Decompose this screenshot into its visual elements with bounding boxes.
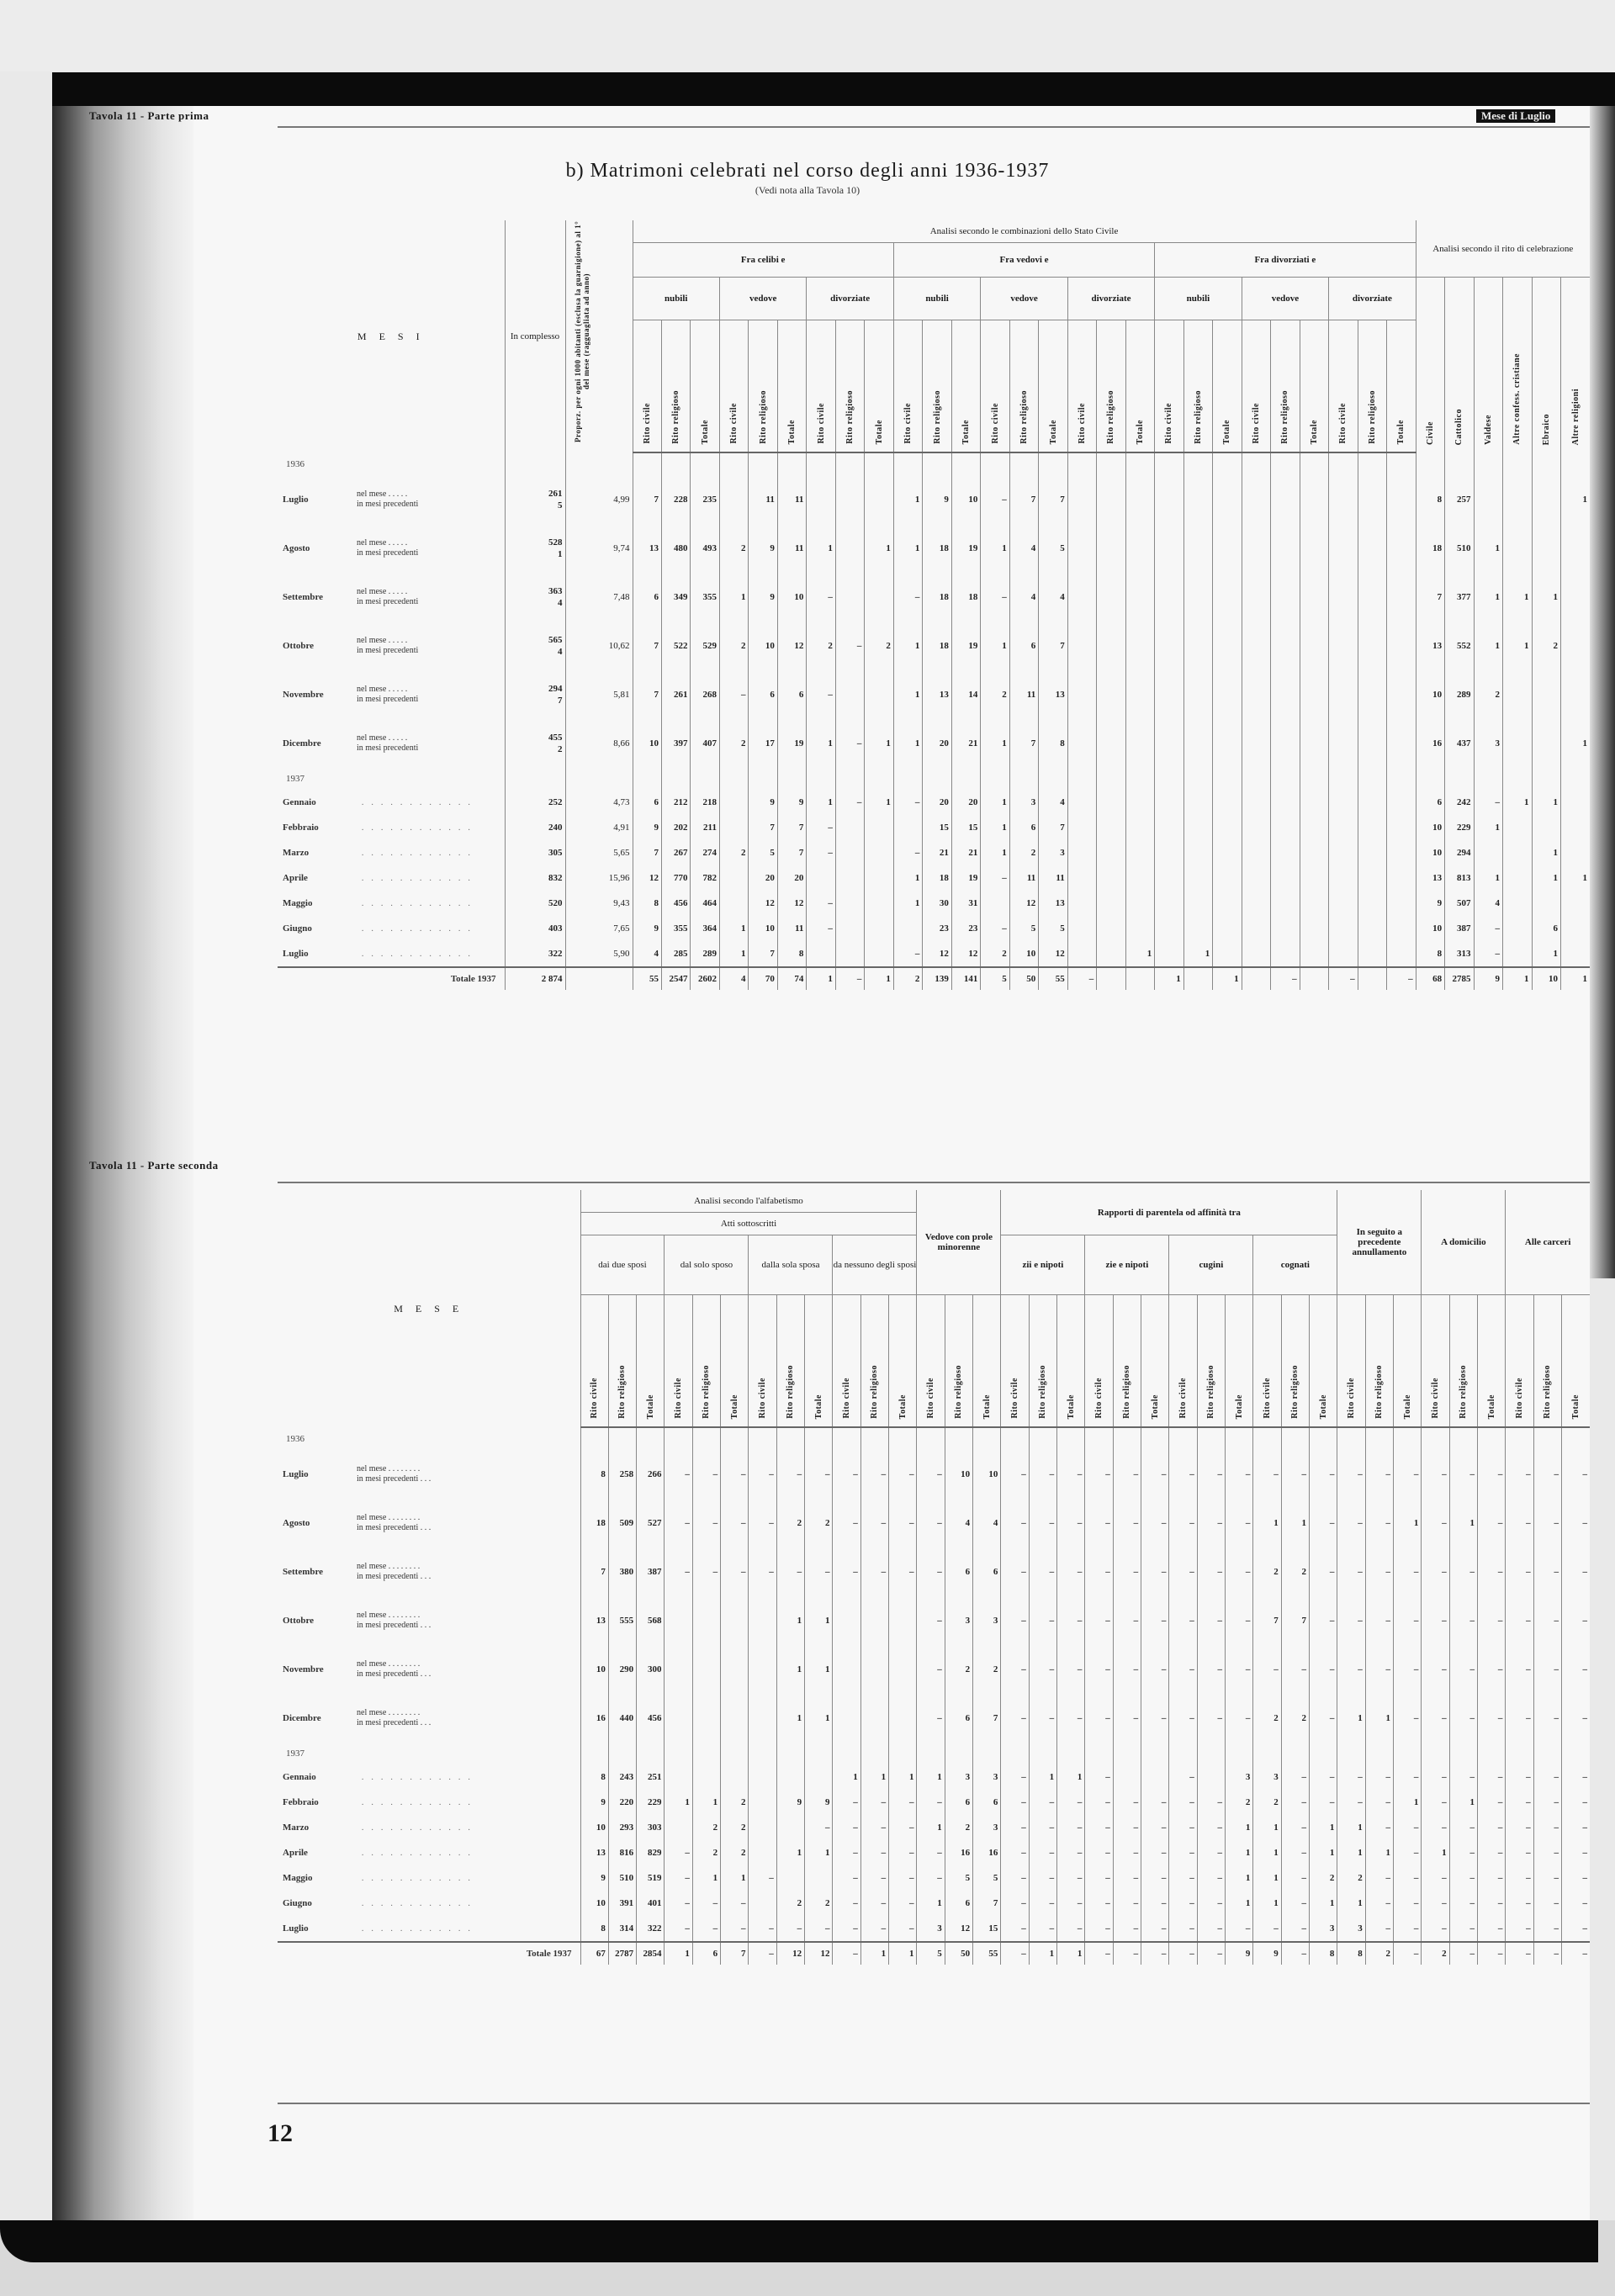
cell: – xyxy=(1085,1916,1113,1942)
cell-in-complesso: 322 xyxy=(505,941,565,967)
cell xyxy=(1387,475,1416,524)
col-header-rito-civile: Rito civile xyxy=(633,320,661,453)
cell: 9 xyxy=(923,475,951,524)
cell: – xyxy=(1478,1790,1506,1815)
col-header-totale: Totale xyxy=(691,320,719,453)
cell: 6 xyxy=(945,1891,972,1916)
cell xyxy=(1213,622,1242,670)
col-header-rito-civile-text: Rito civile xyxy=(842,1378,851,1419)
cell: 5 xyxy=(749,840,777,865)
col-header-rito-civile-text: Rito civile xyxy=(1178,1378,1188,1419)
table-row: Aprile . . . . . . . . . . . .83215,9612… xyxy=(278,865,1590,891)
cell: 15 xyxy=(923,815,951,840)
title-block: b) Matrimoni celebrati nel corso degli a… xyxy=(0,160,1615,197)
cell: 3 xyxy=(1474,719,1502,768)
col-header-rito-civile: Rito civile xyxy=(833,1295,860,1428)
cell: 2 xyxy=(945,1815,972,1840)
col-header-rito-religioso: Rito religioso xyxy=(1449,1295,1477,1428)
cell: 21 xyxy=(951,719,980,768)
cell: – xyxy=(1197,1942,1225,1965)
cell xyxy=(1213,916,1242,941)
cell: 510 xyxy=(1445,524,1474,573)
month-label: Ottobrenel mese . . . . . . . .in mesi p… xyxy=(278,1596,580,1645)
cell xyxy=(1242,916,1270,941)
cell: – xyxy=(981,573,1009,622)
group-header-annullamento: In seguito a precedente annullamento xyxy=(1337,1190,1422,1295)
col-header-totale-text: Totale xyxy=(646,1394,655,1419)
cell xyxy=(692,1645,720,1694)
cell: – xyxy=(807,891,835,916)
cell: 10 xyxy=(1532,967,1560,990)
cell xyxy=(1503,865,1532,891)
cell xyxy=(1067,790,1096,815)
cell: – xyxy=(1533,1450,1561,1499)
cell: – xyxy=(1141,1815,1169,1840)
cell: 1 xyxy=(1337,1815,1365,1840)
cell: – xyxy=(1085,1450,1113,1499)
sublabel-mesi-precedenti: in mesi precedenti xyxy=(357,695,418,704)
cell: – xyxy=(860,1499,888,1547)
cell: – xyxy=(1141,1645,1169,1694)
cell xyxy=(1067,524,1096,573)
cell: 1 xyxy=(981,790,1009,815)
cell: 355 xyxy=(661,916,690,941)
cell: – xyxy=(1169,1790,1197,1815)
cell: – xyxy=(1365,1450,1393,1499)
cell: – xyxy=(981,475,1009,524)
cell: – xyxy=(1394,1942,1422,1965)
col-header-totale-text: Totale xyxy=(1235,1394,1244,1419)
cell: – xyxy=(1085,1840,1113,1865)
cell: – xyxy=(1281,1891,1309,1916)
col-header-totale-text: Totale xyxy=(730,1394,739,1419)
cell xyxy=(1097,891,1125,916)
subgroup-header-nubili: nubili xyxy=(893,278,980,320)
col-header-rito-religioso: Rito religioso xyxy=(1358,320,1386,453)
cell xyxy=(1561,891,1591,916)
table-row: Aprile . . . . . . . . . . . .13816829–2… xyxy=(278,1840,1590,1865)
col-header-rito-religioso: Rito religioso xyxy=(1113,1295,1141,1428)
cell: 2 xyxy=(692,1840,720,1865)
cell: 12 xyxy=(1039,941,1067,967)
cell: 8 xyxy=(633,891,661,916)
cell: – xyxy=(665,1891,692,1916)
month-label: Marzo . . . . . . . . . . . . xyxy=(278,840,505,865)
cell: – xyxy=(776,1547,804,1596)
cell xyxy=(1125,524,1154,573)
cell: 1 xyxy=(893,475,922,524)
cell: 782 xyxy=(691,865,719,891)
col-header-rito-civile-text: Rito civile xyxy=(729,403,739,444)
cell xyxy=(1125,670,1154,719)
cell: 14 xyxy=(951,670,980,719)
cell: 1 xyxy=(865,719,893,768)
cell: – xyxy=(1561,1815,1590,1840)
cell: 1 xyxy=(1503,967,1532,990)
cell: 9 xyxy=(633,916,661,941)
cell xyxy=(1141,1764,1169,1790)
cell: – xyxy=(1057,1547,1085,1596)
cell xyxy=(1358,622,1386,670)
col-header-rito-civile-text: Rito civile xyxy=(1347,1378,1356,1419)
cell xyxy=(1155,840,1183,865)
cell: – xyxy=(1561,1596,1590,1645)
group-header-carceri: Alle carceri xyxy=(1506,1190,1590,1295)
cell: 289 xyxy=(1445,670,1474,719)
cell: 437 xyxy=(1445,719,1474,768)
cell: – xyxy=(1474,790,1502,815)
col-header-rito-5: Altre religioni xyxy=(1561,278,1591,453)
col-header-totale: Totale xyxy=(1226,1295,1253,1428)
cell: 1 xyxy=(981,524,1009,573)
year-label: 1936 xyxy=(278,1427,580,1450)
cell: – xyxy=(807,573,835,622)
cell: 1 xyxy=(1394,1790,1422,1815)
cell: – xyxy=(1449,1596,1477,1645)
cell: 50 xyxy=(945,1942,972,1965)
cell: – xyxy=(1029,1790,1056,1815)
cell: 1 xyxy=(1125,941,1154,967)
sublabel-mesi-precedenti: in mesi precedenti . . . xyxy=(357,1572,431,1581)
leader-dots: . . . . . . . . . . . . xyxy=(357,949,473,959)
month-name: Marzo xyxy=(283,1823,357,1833)
table-row: Marzo . . . . . . . . . . . .1029330322–… xyxy=(278,1815,1590,1840)
cell xyxy=(1561,573,1591,622)
cell: 1 xyxy=(1474,524,1502,573)
cell: – xyxy=(805,1815,833,1840)
cell xyxy=(1183,573,1212,622)
cell: 555 xyxy=(608,1596,636,1645)
cell xyxy=(1387,865,1416,891)
cell-proporzione: 5,81 xyxy=(565,670,633,719)
cell: 2 xyxy=(692,1815,720,1840)
cell xyxy=(1067,941,1096,967)
header-rule xyxy=(278,126,1590,128)
cell: 1 xyxy=(776,1694,804,1743)
month-name: Luglio xyxy=(283,1923,357,1934)
cell: 1 xyxy=(1310,1840,1337,1865)
col-header-rito-religioso-text: Rito religioso xyxy=(1290,1365,1300,1419)
cell: 18 xyxy=(923,524,951,573)
col-header-totale: Totale xyxy=(637,1295,665,1428)
cell: 5 xyxy=(981,967,1009,990)
cell: 6 xyxy=(973,1547,1001,1596)
cell: – xyxy=(1141,1499,1169,1547)
cell: – xyxy=(1365,1790,1393,1815)
cell: – xyxy=(1281,1645,1309,1694)
cell: – xyxy=(835,622,864,670)
cell: 1 xyxy=(889,1942,917,1965)
cell-in-complesso: 2 874 xyxy=(505,967,565,990)
table-row: Agostonel mese . . . . . . . .in mesi pr… xyxy=(278,1499,1590,1547)
cell: 1 xyxy=(1474,815,1502,840)
cell xyxy=(1183,790,1212,815)
cell xyxy=(1503,840,1532,865)
cell xyxy=(1155,573,1183,622)
col-header-rito-religioso: Rito religioso xyxy=(692,1295,720,1428)
cell-in-complesso: 240 xyxy=(505,815,565,840)
cell: 2 xyxy=(721,1840,749,1865)
table-row: Giugno . . . . . . . . . . . .4037,65935… xyxy=(278,916,1590,941)
cell: – xyxy=(981,865,1009,891)
cell xyxy=(835,475,864,524)
cell: 1 xyxy=(719,941,748,967)
cell: – xyxy=(1337,1499,1365,1547)
col-header-totale-text: Totale xyxy=(1403,1394,1412,1419)
year-label: 1937 xyxy=(278,768,505,790)
table-row: Ottobrenel mese . . . . . . . .in mesi p… xyxy=(278,1596,1590,1645)
cell: – xyxy=(1029,1694,1056,1743)
cell: 464 xyxy=(691,891,719,916)
cell: 3 xyxy=(1337,1916,1365,1942)
cell: 2 xyxy=(1281,1694,1309,1743)
cell: – xyxy=(1113,1596,1141,1645)
cell xyxy=(1067,622,1096,670)
cell-in-complesso: 305 xyxy=(505,840,565,865)
cell: – xyxy=(889,1865,917,1891)
scan-bottom-margin xyxy=(0,2220,1615,2296)
cell: – xyxy=(1506,1764,1533,1790)
cell: – xyxy=(1329,967,1358,990)
cell xyxy=(807,475,835,524)
cell xyxy=(665,1694,692,1743)
month-name: Maggio xyxy=(283,898,357,908)
sublabel-nel-mese: nel mese . . . . . xyxy=(357,685,407,694)
col-header-rito-3-text: Altre confess. cristiane xyxy=(1512,353,1522,445)
col-header-rito-civile-text: Rito civile xyxy=(674,1378,683,1419)
cell: – xyxy=(1422,1790,1449,1815)
cell xyxy=(1183,475,1212,524)
cell: – xyxy=(1281,1764,1309,1790)
cell: 9 xyxy=(580,1790,608,1815)
cell xyxy=(1358,719,1386,768)
cell: – xyxy=(1029,1891,1056,1916)
cell: – xyxy=(1310,1645,1337,1694)
cell: 2 xyxy=(1474,670,1502,719)
cell: 1 xyxy=(805,1840,833,1865)
cell: – xyxy=(749,1865,776,1891)
sublabel-nel-mese: nel mese . . . . . xyxy=(357,636,407,645)
col-header-rito-civile-text: Rito civile xyxy=(643,403,652,444)
cell: 1 xyxy=(1253,1840,1281,1865)
cell: – xyxy=(917,1499,945,1547)
col-header-rito-civile: Rito civile xyxy=(1253,1295,1281,1428)
cell: – xyxy=(805,1450,833,1499)
cell: 387 xyxy=(637,1547,665,1596)
cell: 1 xyxy=(1226,1815,1253,1840)
col-header-rito-religioso: Rito religioso xyxy=(1029,1295,1056,1428)
cell: – xyxy=(749,1499,776,1547)
cell xyxy=(1561,622,1591,670)
cell xyxy=(893,916,922,941)
cell: – xyxy=(981,916,1009,941)
cell xyxy=(1067,916,1096,941)
cell xyxy=(665,1815,692,1840)
month-label: Ottobrenel mese . . . . .in mesi precede… xyxy=(278,622,505,670)
month-name: Luglio xyxy=(283,949,357,959)
month-label: Aprile . . . . . . . . . . . . xyxy=(278,865,505,891)
cell: 7 xyxy=(973,1694,1001,1743)
cell: – xyxy=(1057,1596,1085,1645)
cell: 6 xyxy=(633,573,661,622)
cell: 9 xyxy=(1474,967,1502,990)
month-name: Dicembre xyxy=(283,738,357,749)
cell xyxy=(1300,967,1328,990)
month-sublabels: nel mese . . . . .in mesi precedenti xyxy=(357,733,418,754)
cell xyxy=(1242,719,1270,768)
cell: 322 xyxy=(637,1916,665,1942)
month-label: Gennaio . . . . . . . . . . . . xyxy=(278,790,505,815)
col-header-rito-civile-text: Rito civile xyxy=(926,1378,935,1419)
cell: – xyxy=(1057,1790,1085,1815)
cell: – xyxy=(917,1645,945,1694)
col-header-totale: Totale xyxy=(1141,1295,1169,1428)
cell xyxy=(1271,622,1300,670)
month-label: Maggio . . . . . . . . . . . . xyxy=(278,1865,580,1891)
cell: – xyxy=(692,1499,720,1547)
col-header-rito-civile-text: Rito civile xyxy=(817,403,826,444)
cell: 4 xyxy=(1009,524,1038,573)
cell: – xyxy=(1365,1891,1393,1916)
cell: 19 xyxy=(951,524,980,573)
cell: – xyxy=(1310,1764,1337,1790)
cell-proporzione: 4,99 xyxy=(565,475,633,524)
cell: 8 xyxy=(1039,719,1067,768)
cell: – xyxy=(1253,1450,1281,1499)
cell: 10 xyxy=(777,573,806,622)
cell: 10 xyxy=(1416,840,1444,865)
cell: 829 xyxy=(637,1840,665,1865)
col-header-totale: Totale xyxy=(1394,1295,1422,1428)
col-header-rito-2-text: Valdese xyxy=(1484,415,1493,445)
cell: 509 xyxy=(608,1499,636,1547)
cell xyxy=(1271,670,1300,719)
cell: 20 xyxy=(923,790,951,815)
cell: 9 xyxy=(580,1865,608,1891)
cell: – xyxy=(1394,1865,1422,1891)
cell: – xyxy=(833,1942,860,1965)
cell: – xyxy=(1561,1942,1590,1965)
sublabel-mesi-precedenti: in mesi precedenti . . . xyxy=(357,1474,431,1484)
cell xyxy=(1097,622,1125,670)
cell xyxy=(1097,916,1125,941)
cell: 1 xyxy=(805,1596,833,1645)
cell xyxy=(889,1596,917,1645)
cell: 1 xyxy=(807,719,835,768)
cell xyxy=(1561,790,1591,815)
cell xyxy=(835,670,864,719)
cell: – xyxy=(749,1942,776,1965)
cell: – xyxy=(1310,1450,1337,1499)
cell xyxy=(1097,719,1125,768)
cell: 1 xyxy=(1226,1865,1253,1891)
cell xyxy=(1300,865,1328,891)
scan-top-black-band xyxy=(52,72,1615,106)
month-label: Gennaio . . . . . . . . . . . . xyxy=(278,1764,580,1790)
table-row: Febbraio . . . . . . . . . . . .92202291… xyxy=(278,1790,1590,1815)
cell: – xyxy=(1113,1547,1141,1596)
cell: 11 xyxy=(1009,865,1038,891)
cell: – xyxy=(1506,1891,1533,1916)
cell xyxy=(1067,815,1096,840)
col-header-rito-religioso-text: Rito religioso xyxy=(1038,1365,1047,1419)
cell: 8 xyxy=(1416,941,1444,967)
table-row: Gennaio . . . . . . . . . . . .2524,7362… xyxy=(278,790,1590,815)
cell: 1 xyxy=(893,670,922,719)
cell-in-complesso: 252 xyxy=(505,790,565,815)
sublabel-mesi-precedenti: in mesi precedenti xyxy=(357,646,418,655)
cell: 13 xyxy=(580,1840,608,1865)
cell-proporzione: 10,62 xyxy=(565,622,633,670)
cell: 770 xyxy=(661,865,690,891)
cell xyxy=(721,1694,749,1743)
cell: – xyxy=(1169,1499,1197,1547)
cell: 10 xyxy=(749,622,777,670)
col-header-rito-civile-text: Rito civile xyxy=(991,403,1000,444)
table-row: Ottobrenel mese . . . . .in mesi precede… xyxy=(278,622,1590,670)
leader-dots: . . . . . . . . . . . . xyxy=(357,1923,473,1934)
cell: – xyxy=(1226,1694,1253,1743)
cell: 1 xyxy=(1253,1891,1281,1916)
col-header-rito-religioso-text: Rito religioso xyxy=(702,1365,711,1419)
cell: – xyxy=(1085,1815,1113,1840)
cell: 67 xyxy=(580,1942,608,1965)
cell xyxy=(1213,865,1242,891)
subgroup-header-divorziate: divorziate xyxy=(807,278,893,320)
cell: 387 xyxy=(1445,916,1474,941)
cell xyxy=(1125,865,1154,891)
col-header-rito-civile-text: Rito civile xyxy=(1078,403,1087,444)
cell: 16 xyxy=(973,1840,1001,1865)
cell: 527 xyxy=(637,1499,665,1547)
cell xyxy=(1503,941,1532,967)
cell: – xyxy=(1561,1891,1590,1916)
cell xyxy=(1097,941,1125,967)
col-header-totale: Totale xyxy=(1310,1295,1337,1428)
cell: 2 xyxy=(1281,1547,1309,1596)
cell xyxy=(805,1865,833,1891)
cell: 13 xyxy=(580,1596,608,1645)
group-header-2: Fra divorziati e xyxy=(1155,243,1416,278)
sublabel-nel-mese: nel mese . . . . . . . . xyxy=(357,1464,420,1473)
cell: 2 xyxy=(973,1645,1001,1694)
cell: – xyxy=(1474,916,1502,941)
cell: 13 xyxy=(1416,865,1444,891)
cell: 1 xyxy=(1532,941,1560,967)
col-header-totale-text: Totale xyxy=(1571,1394,1581,1419)
cell: 7 xyxy=(973,1891,1001,1916)
col-header-totale: Totale xyxy=(1039,320,1067,453)
page-title: b) Matrimoni celebrati nel corso degli a… xyxy=(0,160,1615,183)
cell xyxy=(749,1764,776,1790)
cell: 2 xyxy=(1226,1790,1253,1815)
cell: – xyxy=(1226,1547,1253,1596)
cell-in-complesso: 2615 xyxy=(505,475,565,524)
subgroup-header-vedove: vedove xyxy=(1242,278,1328,320)
cell xyxy=(1183,891,1212,916)
cell: 12 xyxy=(945,1916,972,1942)
cell: – xyxy=(1085,1865,1113,1891)
cell xyxy=(1358,790,1386,815)
cell: 2 xyxy=(719,840,748,865)
cell: 13 xyxy=(1039,670,1067,719)
cell xyxy=(1097,670,1125,719)
month-name: Gennaio xyxy=(283,1772,357,1782)
table-row: Febbraio . . . . . . . . . . . .2404,919… xyxy=(278,815,1590,840)
cell xyxy=(865,815,893,840)
cell xyxy=(1213,524,1242,573)
cell: 8 xyxy=(1416,475,1444,524)
